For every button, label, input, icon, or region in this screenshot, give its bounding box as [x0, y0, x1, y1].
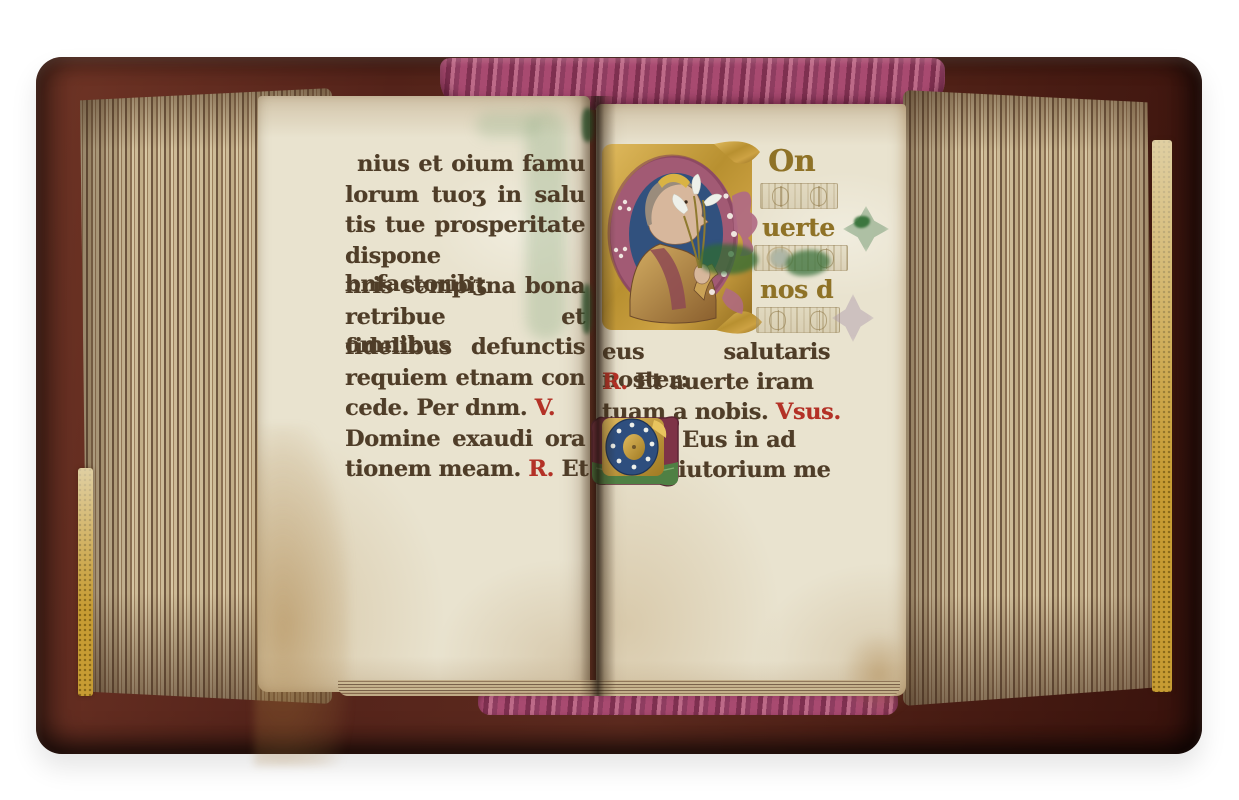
gold-text-line: uerte: [762, 214, 835, 244]
knotwork-motif: [772, 187, 789, 206]
gilt-textile-left: [78, 468, 93, 696]
line-text: Eus in ad: [682, 427, 795, 453]
manuscript-line: lorum tuoʒ in salu: [345, 181, 585, 211]
center-dot: [632, 445, 636, 449]
rubric-response-mark: R.: [528, 456, 554, 482]
page-edges-bottom: [338, 680, 900, 696]
rubric-versus: Vsus.: [776, 399, 841, 425]
manuscript-line: nris sempitna bona: [345, 272, 585, 302]
page-edges-right: [903, 90, 1155, 706]
line-text: requiem etnam con: [345, 365, 585, 391]
manuscript-line: tionem meam. R. Et: [345, 455, 585, 485]
manuscript-line: Domine exaudi ora: [345, 425, 585, 455]
line-filler-ornament: [756, 307, 840, 333]
line-text: Et auerte iram: [628, 369, 814, 395]
manuscript-line: R. Et auerte iram: [602, 368, 830, 398]
line-text: lorum tuoʒ in salu: [345, 182, 585, 208]
gutter-shadow: [580, 96, 616, 696]
line-text: tis tue prosperitate: [345, 212, 585, 238]
purple-offset-smudge: [832, 294, 874, 342]
green-paint-blob: [700, 244, 758, 274]
knotwork-motif: [769, 311, 786, 330]
corner-stain: [844, 634, 914, 714]
line-text: fidelibus defunctis: [345, 334, 585, 360]
knotwork-motif: [810, 311, 827, 330]
rubric-versicle-mark: V.: [535, 395, 556, 421]
line-text: cede. Per dnm.: [345, 395, 535, 421]
manuscript-line: requiem etnam con: [345, 364, 585, 394]
damp-stain: [254, 426, 350, 766]
left-page: nius et oium famu lorum tuoʒ in salu tis…: [258, 96, 590, 692]
manuscript-line: fidelibus defunctis: [345, 333, 585, 363]
line-text: tionem meam.: [345, 456, 528, 482]
illuminated-initial-C: [598, 138, 764, 340]
manuscript-line: iutorium me: [678, 456, 832, 486]
gilt-textile-right: [1152, 140, 1172, 692]
manuscript-line: retribue et omnibus: [345, 303, 585, 333]
green-paint-blob: [786, 250, 830, 276]
right-page: On uerte nos d eus salutaris noster: R. …: [596, 104, 906, 696]
manuscript-line: eus salutaris noster:: [602, 338, 830, 368]
manuscript-line: cede. Per dnm. V.: [345, 394, 585, 424]
gold-initium-line: On: [768, 148, 815, 178]
line-text: nius et oium famu: [357, 151, 585, 177]
line-text: Domine exaudi ora: [345, 426, 585, 452]
manuscript-line: Eus in ad: [682, 426, 820, 456]
line-text: iutorium me: [678, 457, 830, 483]
line-filler-ornament: [760, 183, 838, 209]
knotwork-motif: [810, 187, 827, 206]
manuscript-line: dispone bnfactoribʒ: [345, 242, 585, 272]
line-text: nris sempitna bona: [345, 273, 585, 299]
green-offset-smudge: [843, 206, 889, 252]
manuscript-line: nius et oium famu: [357, 150, 585, 180]
gold-text-line: nos d: [760, 276, 833, 306]
photo-backdrop: nius et oium famu lorum tuoʒ in salu tis…: [0, 0, 1239, 800]
manuscript-line: tis tue prosperitate: [345, 211, 585, 241]
